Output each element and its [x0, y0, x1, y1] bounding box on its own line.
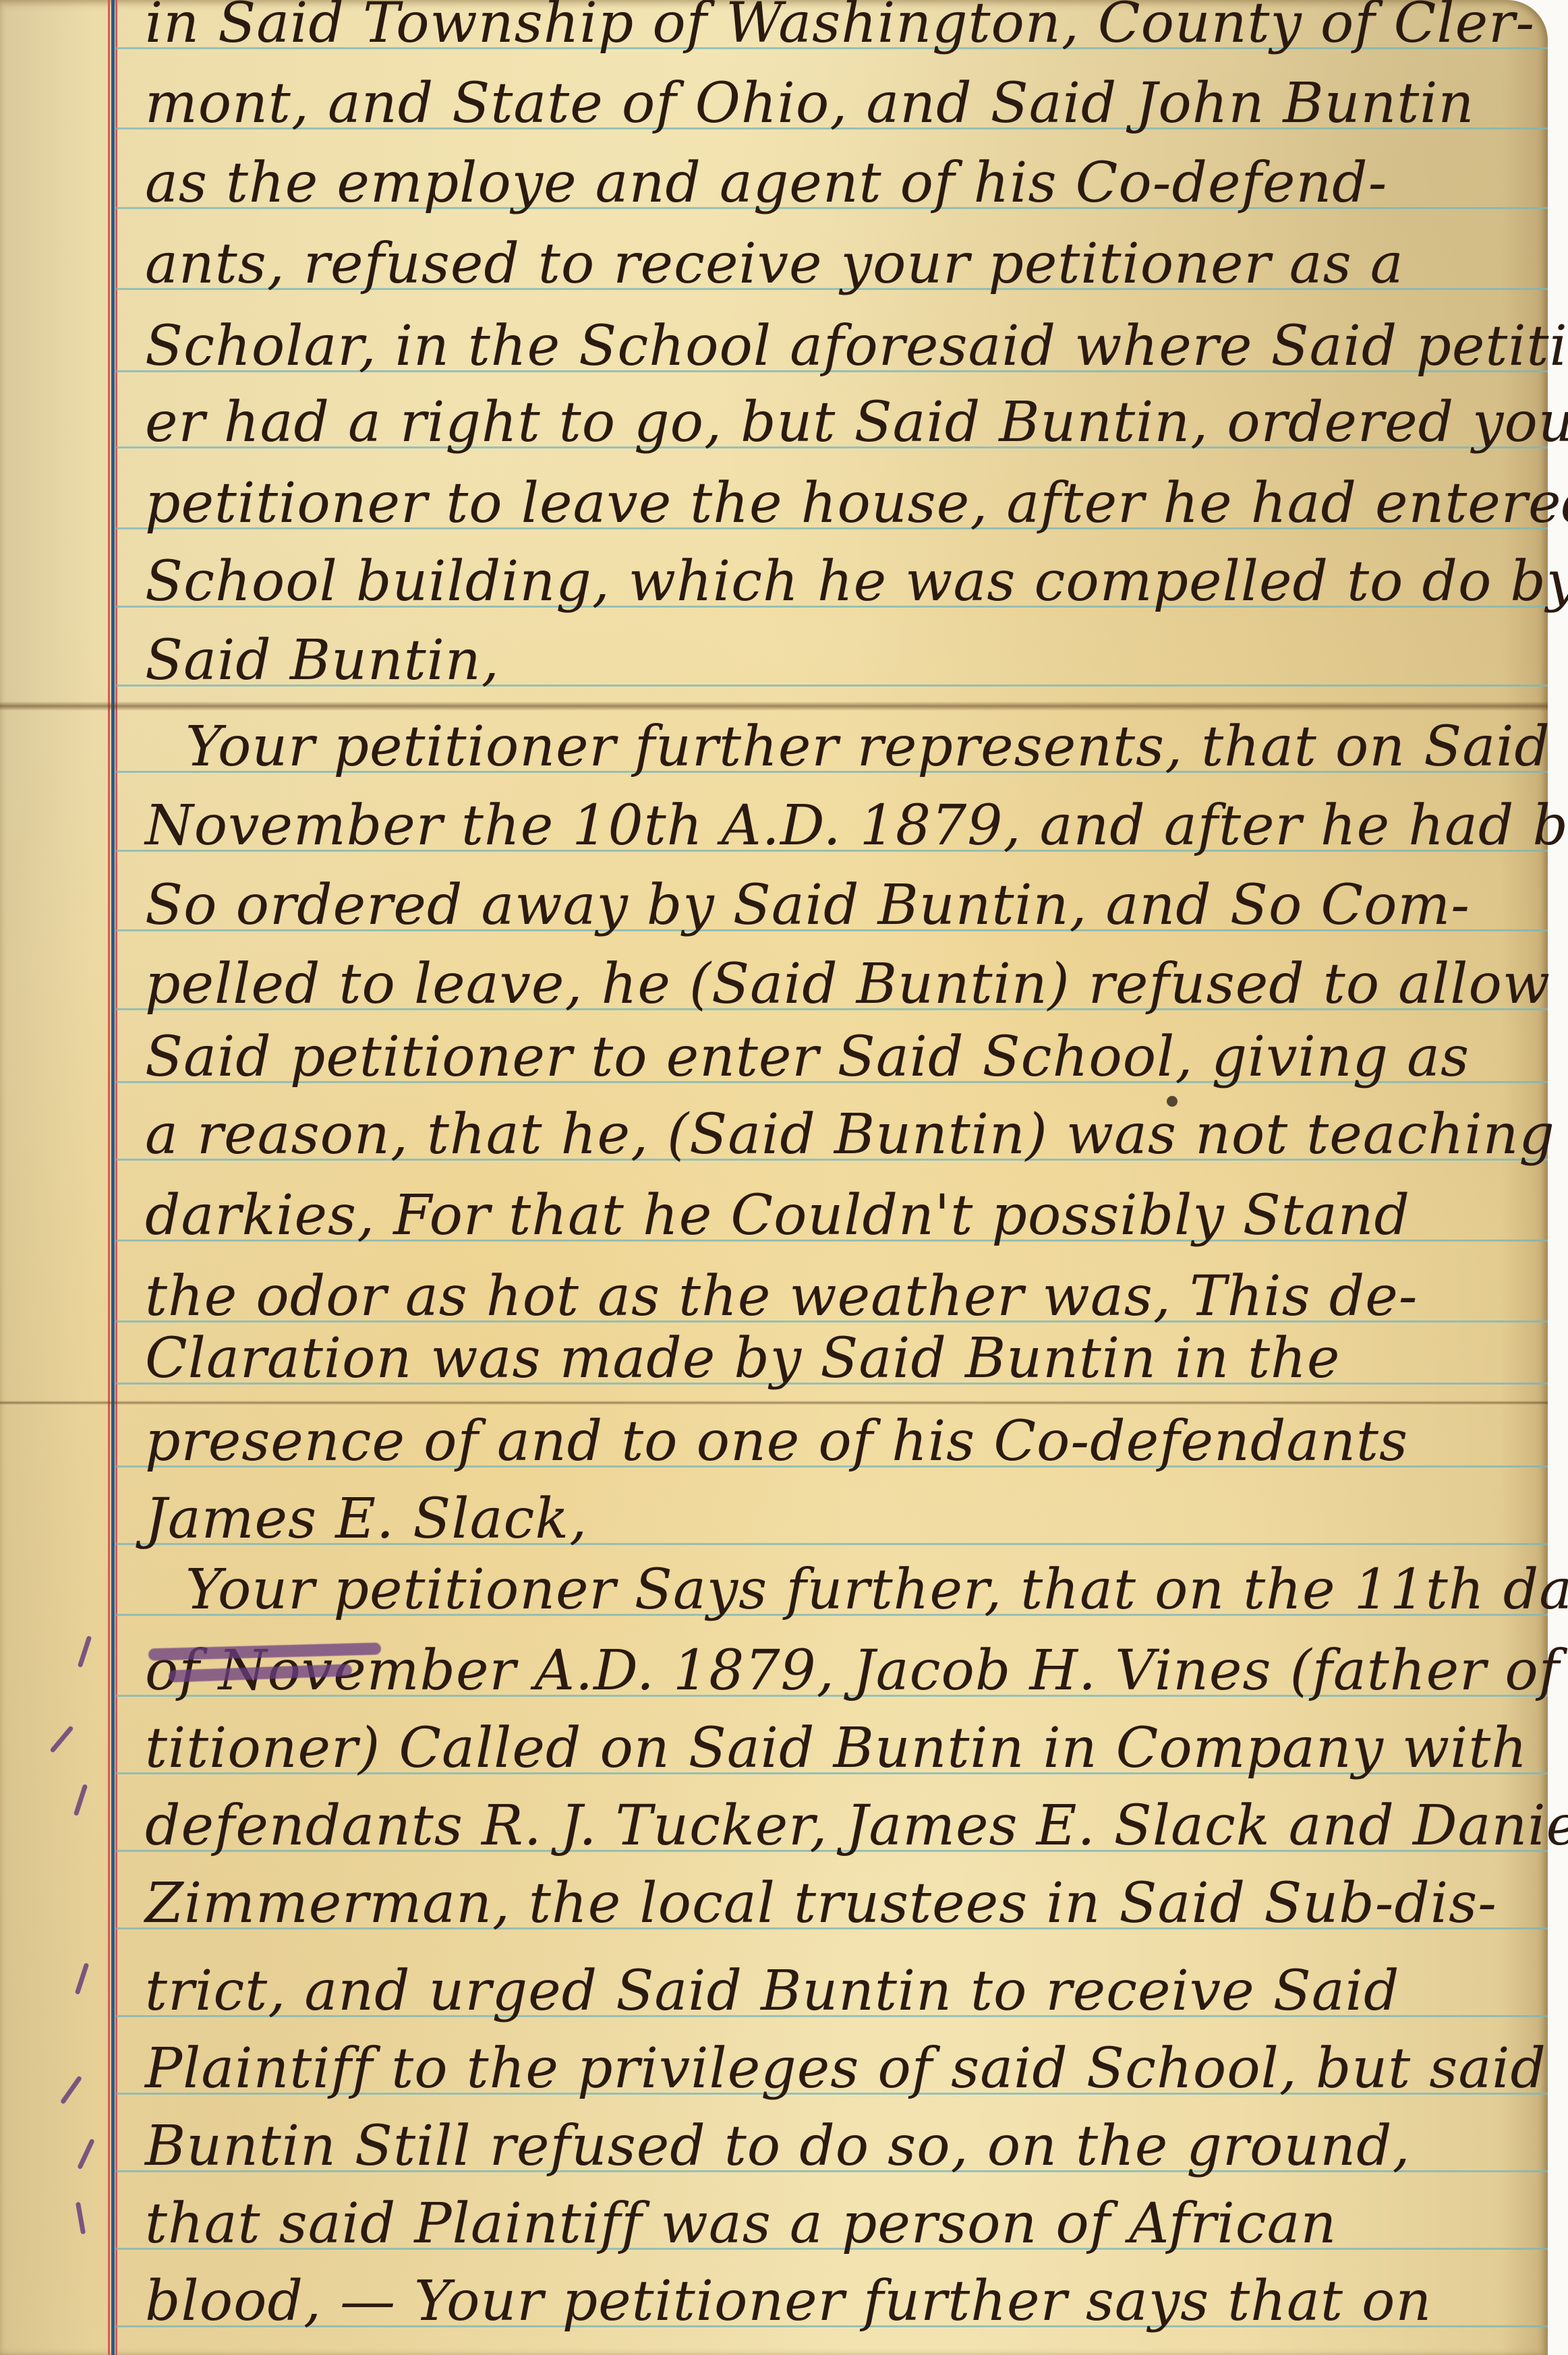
text-line: as the employe and agent of his Co-defen…: [145, 153, 1534, 214]
text-line: trict, and urged Said Buntin to receive …: [145, 1961, 1534, 2022]
text-line: pelled to leave, he (Said Buntin) refuse…: [145, 954, 1534, 1015]
paragraph-start-line: Your petitioner Says further, that on th…: [185, 1560, 1568, 1621]
text-line: that said Plaintiff was a person of Afri…: [145, 2194, 1534, 2255]
text-line: presence of and to one of his Co-defenda…: [145, 1412, 1534, 1472]
text-line: petitioner to leave the house, after he …: [145, 473, 1534, 534]
paper-fold-crease: [0, 701, 1548, 711]
text-line: a reason, that he, (Said Buntin) was not…: [145, 1105, 1534, 1165]
paper-fold-crease: [0, 1401, 1548, 1405]
text-line: Zimmerman, the local trustees in Said Su…: [145, 1873, 1534, 1934]
margin-line-red: [108, 0, 110, 2355]
text-line: School building, which he was compelled …: [145, 552, 1534, 612]
text-line: Said petitioner to enter Said School, gi…: [145, 1027, 1534, 1088]
text-line: Plaintiff to the privileges of said Scho…: [145, 2039, 1534, 2099]
text-line: Buntin Still refused to do so, on the gr…: [145, 2116, 1534, 2177]
margin-line-red: [115, 0, 117, 2355]
text-line: defendants R. J. Tucker, James E. Slack …: [145, 1796, 1534, 1857]
paragraph-start-line: Your petitioner further represents, that…: [185, 717, 1568, 778]
text-line: Claration was made by Said Buntin in the: [145, 1329, 1534, 1389]
text-line: blood, — Your petitioner further says th…: [145, 2271, 1534, 2332]
text-line: ants, refused to receive your petitioner…: [145, 234, 1534, 295]
text-line: titioner) Called on Said Buntin in Compa…: [145, 1718, 1534, 1779]
text-line: mont, and State of Ohio, and Said John B…: [145, 74, 1534, 134]
text-line: darkies, For that he Couldn't possibly S…: [145, 1186, 1534, 1246]
text-line: the odor as hot as the weather was, This…: [145, 1267, 1534, 1327]
text-line: er had a right to go, but Said Buntin, o…: [145, 392, 1534, 453]
ink-blot: [1167, 1096, 1178, 1107]
text-line: Scholar, in the School aforesaid where S…: [145, 316, 1534, 377]
text-line: November the 10th A.D. 1879, and after h…: [145, 796, 1534, 856]
text-line: So ordered away by Said Buntin, and So C…: [145, 875, 1534, 936]
text-line: James E. Slack,: [145, 1489, 1534, 1550]
margin-line-blue: [111, 0, 115, 2355]
text-line: Said Buntin,: [145, 631, 1534, 691]
text-line: in Said Township of Washington, County o…: [145, 0, 1534, 54]
